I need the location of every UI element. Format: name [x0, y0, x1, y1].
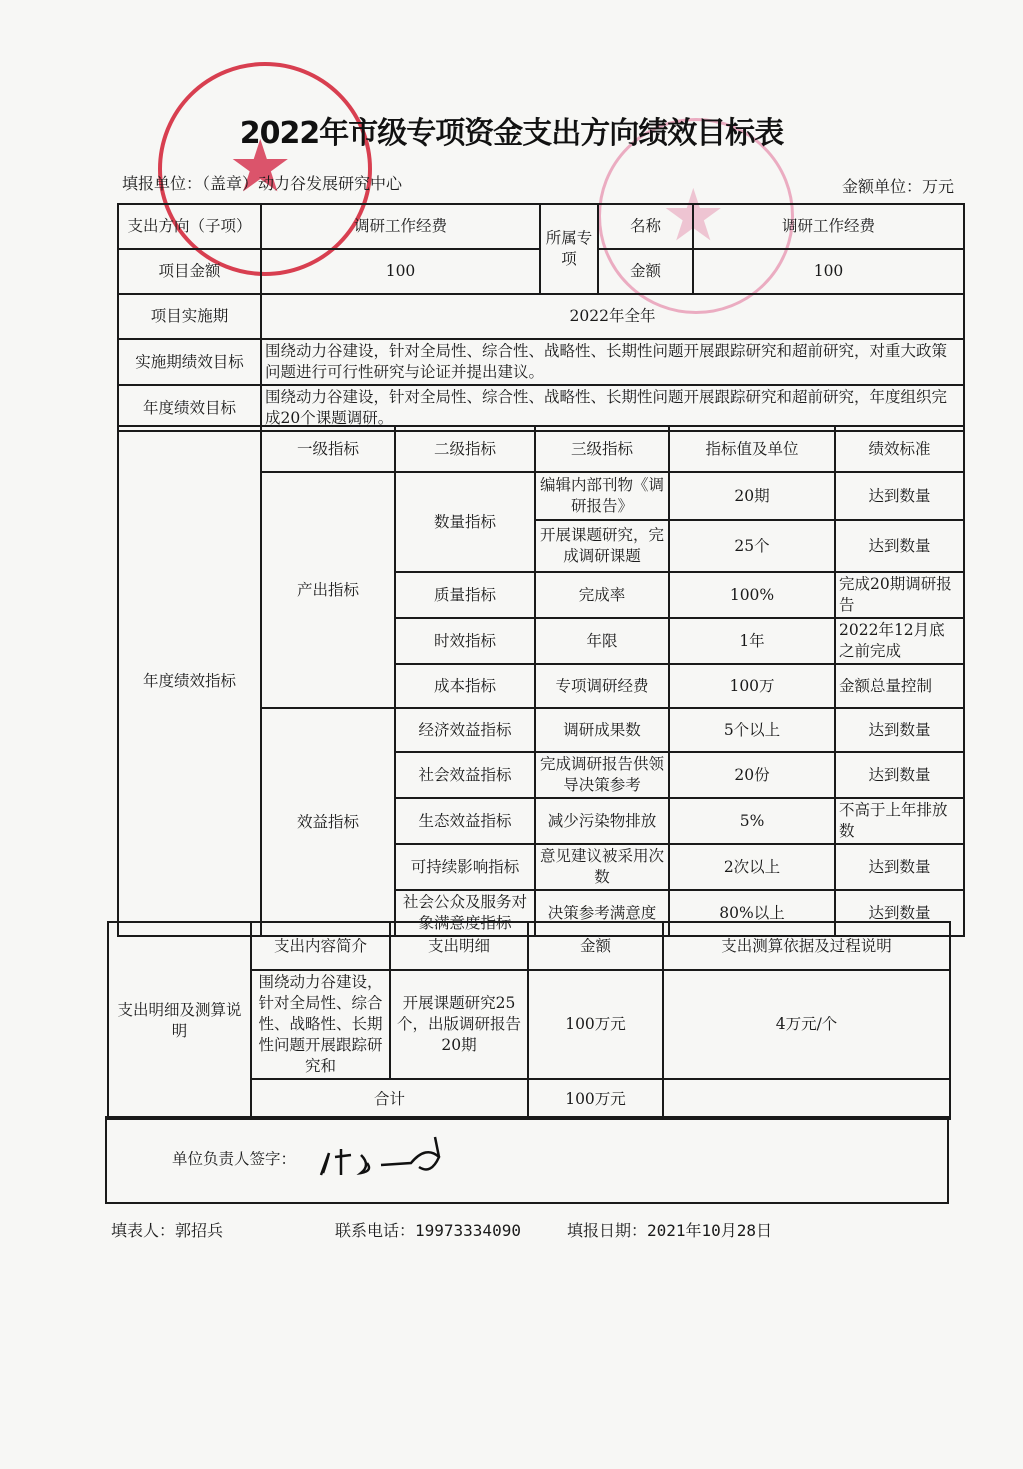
standard-cell: 2022年12月底之前完成	[835, 618, 964, 664]
value-cell: 100%	[669, 572, 835, 618]
level3-cell: 开展课题研究，完成调研课题	[535, 520, 669, 572]
level3-cell: 完成调研报告供领导决策参考	[535, 752, 669, 798]
project-amount-value: 100	[261, 249, 540, 294]
value-cell: 20期	[669, 472, 835, 520]
value-cell: 5%	[669, 798, 835, 844]
value-cell: 5个以上	[669, 708, 835, 752]
detail-cell: 开展课题研究25个，出版调研报告20期	[390, 970, 528, 1079]
standard-cell: 达到数量	[835, 708, 964, 752]
summary-cell: 围绕动力谷建设，针对全局性、综合性、战略性、长期性问题开展跟踪研究和	[251, 970, 390, 1079]
level2-cell: 时效指标	[395, 618, 535, 664]
handwritten-signature	[311, 1135, 461, 1185]
project-info-table: 支出方向（子项） 调研工作经费 所属专项 名称 调研工作经费 项目金额 100 …	[117, 203, 965, 432]
standard-cell: 完成20期调研报告	[835, 572, 964, 618]
standard-cell: 金额总量控制	[835, 664, 964, 708]
project-amount-label: 项目金额	[118, 249, 261, 294]
level2-cell: 成本指标	[395, 664, 535, 708]
total-label: 合计	[251, 1079, 528, 1119]
period-label: 项目实施期	[118, 294, 261, 339]
value-cell: 2次以上	[669, 844, 835, 890]
level3-cell: 减少污染物排放	[535, 798, 669, 844]
level3-cell: 调研成果数	[535, 708, 669, 752]
standard-cell: 达到数量	[835, 472, 964, 520]
filler-name: 填表人：郭招兵	[111, 1218, 223, 1241]
quantity-indicator-label: 数量指标	[395, 472, 535, 572]
total-amount: 100万元	[528, 1079, 663, 1119]
value-cell: 100万	[669, 664, 835, 708]
column-header: 支出明细	[390, 922, 528, 970]
column-header: 二级指标	[395, 426, 535, 472]
name-value: 调研工作经费	[693, 204, 964, 249]
period-value: 2022年全年	[261, 294, 964, 339]
column-header: 绩效标准	[835, 426, 964, 472]
level3-cell: 完成率	[535, 572, 669, 618]
signature-label: 单位负责人签字：	[172, 1150, 296, 1168]
amount-value: 100	[693, 249, 964, 294]
expenditure-section-label: 支出明细及测算说明	[108, 922, 251, 1119]
amount-label: 金额	[598, 249, 693, 294]
column-header: 指标值及单位	[669, 426, 835, 472]
document-title: 2022年市级专项资金支出方向绩效目标表	[0, 108, 1023, 152]
value-cell: 20份	[669, 752, 835, 798]
basis-cell: 4万元/个	[663, 970, 950, 1079]
column-header: 三级指标	[535, 426, 669, 472]
signature-table: 单位负责人签字：	[105, 1116, 949, 1204]
direction-label: 支出方向（子项）	[118, 204, 261, 249]
benefit-indicator-label: 效益指标	[261, 708, 395, 936]
column-header: 支出测算依据及过程说明	[663, 922, 950, 970]
column-header: 一级指标	[261, 426, 395, 472]
expenditure-table: 支出明细及测算说明 支出内容简介 支出明细 金额 支出测算依据及过程说明 围绕动…	[107, 921, 951, 1120]
output-indicator-label: 产出指标	[261, 472, 395, 708]
column-header: 支出内容简介	[251, 922, 390, 970]
contact-phone: 联系电话：19973334090	[335, 1218, 521, 1241]
indicators-table: 年度绩效指标 一级指标 二级指标 三级指标 指标值及单位 绩效标准 产出指标 数…	[117, 425, 965, 937]
amount-unit: 金额单位：万元	[842, 174, 954, 197]
level2-cell: 经济效益指标	[395, 708, 535, 752]
standard-cell: 达到数量	[835, 752, 964, 798]
level2-cell: 社会效益指标	[395, 752, 535, 798]
level2-cell: 生态效益指标	[395, 798, 535, 844]
value-cell: 25个	[669, 520, 835, 572]
reporting-unit: 填报单位：（盖章）动力谷发展研究中心	[122, 171, 402, 194]
standard-cell: 达到数量	[835, 520, 964, 572]
level3-cell: 年限	[535, 618, 669, 664]
parent-label: 所属专项	[540, 204, 598, 294]
level2-cell: 质量指标	[395, 572, 535, 618]
level3-cell: 编辑内部刊物《调研报告》	[535, 472, 669, 520]
direction-value: 调研工作经费	[261, 204, 540, 249]
signature-cell: 单位负责人签字：	[106, 1117, 948, 1203]
value-cell: 1年	[669, 618, 835, 664]
fill-date: 填报日期：2021年10月28日	[567, 1218, 772, 1241]
level3-cell: 意见建议被采用次数	[535, 844, 669, 890]
standard-cell: 达到数量	[835, 844, 964, 890]
period-goal-value: 围绕动力谷建设，针对全局性、综合性、战略性、长期性问题开展跟踪研究和超前研究，对…	[261, 339, 964, 385]
level3-cell: 专项调研经费	[535, 664, 669, 708]
empty-cell	[663, 1079, 950, 1119]
period-goal-label: 实施期绩效目标	[118, 339, 261, 385]
amount-cell: 100万元	[528, 970, 663, 1079]
level2-cell: 可持续影响指标	[395, 844, 535, 890]
standard-cell: 不高于上年排放数	[835, 798, 964, 844]
indicators-section-label: 年度绩效指标	[118, 426, 261, 936]
name-label: 名称	[598, 204, 693, 249]
column-header: 金额	[528, 922, 663, 970]
